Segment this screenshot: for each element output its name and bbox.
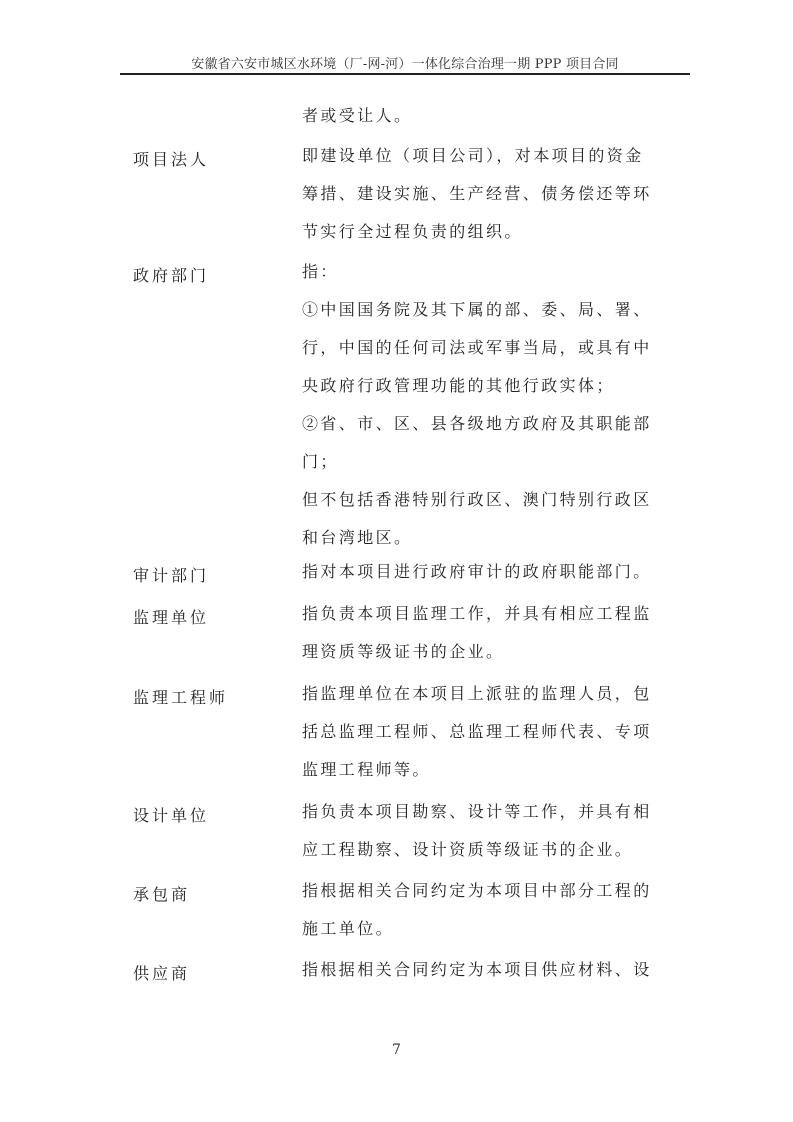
term-supervision-engineer: 监理工程师 bbox=[133, 685, 228, 708]
definition-project-legal-person: 即建设单位（项目公司），对本项目的资金 筹措、建设实施、生产经营、债务偿还等环 … bbox=[302, 137, 667, 251]
definition-line: 指根据相关合同约定为本项目供应材料、设 bbox=[302, 951, 667, 989]
definition-line: 即建设单位（项目公司），对本项目的资金 bbox=[302, 137, 667, 175]
definition-line: 节实行全过程负责的组织。 bbox=[302, 213, 667, 251]
definition-line: 和台湾地区。 bbox=[302, 519, 667, 557]
definition-supplier: 指根据相关合同约定为本项目供应材料、设 bbox=[302, 951, 667, 989]
header-rule bbox=[120, 73, 690, 75]
definition-line: 指负责本项目监理工作，并具有相应工程监 bbox=[302, 595, 667, 633]
definition-line: 央政府行政管理功能的其他行政实体； bbox=[302, 367, 667, 405]
definition-line: 监理工程师等。 bbox=[302, 751, 667, 789]
definition-line: 筹措、建设实施、生产经营、债务偿还等环 bbox=[302, 175, 667, 213]
definition-line: 指： bbox=[302, 253, 667, 291]
term-contractor: 承包商 bbox=[133, 882, 190, 905]
definition-line: 但不包括香港特别行政区、澳门特别行政区 bbox=[302, 481, 667, 519]
definition-government-department: 指： ①中国国务院及其下属的部、委、局、署、 行，中国的任何司法或军事当局，或具… bbox=[302, 253, 667, 557]
definition-line: 指对本项目进行政府审计的政府职能部门。 bbox=[302, 553, 667, 591]
term-supervision-unit: 监理单位 bbox=[133, 605, 209, 628]
term-audit-department: 审计部门 bbox=[133, 563, 209, 586]
definition-line: 指根据相关合同约定为本项目中部分工程的 bbox=[302, 872, 667, 910]
term-design-unit: 设计单位 bbox=[133, 803, 209, 826]
definition-line: 应工程勘察、设计资质等级证书的企业。 bbox=[302, 831, 667, 869]
definition-line: ②省、市、区、县各级地方政府及其职能部 bbox=[302, 405, 667, 443]
definition-design-unit: 指负责本项目勘察、设计等工作，并具有相 应工程勘察、设计资质等级证书的企业。 bbox=[302, 793, 667, 869]
definition-supervision-engineer: 指监理单位在本项目上派驻的监理人员，包 括总监理工程师、总监理工程师代表、专项 … bbox=[302, 675, 667, 789]
definition-line: 括总监理工程师、总监理工程师代表、专项 bbox=[302, 713, 667, 751]
term-government-department: 政府部门 bbox=[133, 263, 209, 286]
term-project-legal-person: 项目法人 bbox=[133, 147, 209, 170]
term-supplier: 供应商 bbox=[133, 961, 190, 984]
definition-line: 施工单位。 bbox=[302, 910, 667, 948]
continuation-text: 者或受让人。 bbox=[302, 97, 667, 135]
definition-line: ①中国国务院及其下属的部、委、局、署、 bbox=[302, 291, 667, 329]
definition-contractor: 指根据相关合同约定为本项目中部分工程的 施工单位。 bbox=[302, 872, 667, 948]
definition-supervision-unit: 指负责本项目监理工作，并具有相应工程监 理资质等级证书的企业。 bbox=[302, 595, 667, 671]
definition-line: 门； bbox=[302, 443, 667, 481]
definition-line: 理资质等级证书的企业。 bbox=[302, 633, 667, 671]
definition-line: 指负责本项目勘察、设计等工作，并具有相 bbox=[302, 793, 667, 831]
definition-line: 指监理单位在本项目上派驻的监理人员，包 bbox=[302, 675, 667, 713]
definition-line: 者或受让人。 bbox=[302, 97, 667, 135]
definition-audit-department: 指对本项目进行政府审计的政府职能部门。 bbox=[302, 553, 667, 591]
page-number: 7 bbox=[0, 1042, 793, 1058]
running-header: 安徽省六安市城区水环境（厂-网-河）一体化综合治理一期 PPP 项目合同 bbox=[120, 53, 690, 72]
definition-line: 行，中国的任何司法或军事当局，或具有中 bbox=[302, 329, 667, 367]
